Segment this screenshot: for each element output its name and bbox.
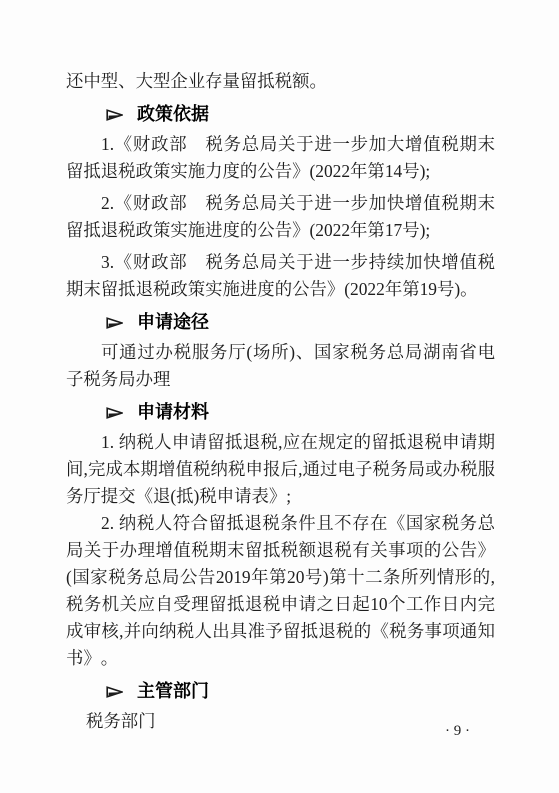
paragraph: 1.《财政部 税务总局关于进一步加大增值税期末留抵退税政策实施力度的公告》(20…	[66, 131, 495, 185]
continuation-paragraph: 还中型、大型企业存量留抵税额。	[66, 68, 495, 95]
paragraph: 税务部门	[66, 708, 495, 735]
section-heading: 主管部门	[66, 678, 495, 705]
paragraph: 2.《财政部 税务总局关于进一步加快增值税期末留抵退税政策实施进度的公告》(20…	[66, 190, 495, 244]
page-content: 还中型、大型企业存量留抵税额。 政策依据 1.《财政部 税务总局关于进一步加大增…	[0, 0, 559, 735]
paragraph: 可通过办税服务厅(场所)、国家税务总局湖南省电子税务局办理	[66, 339, 495, 393]
section-policy-basis: 政策依据 1.《财政部 税务总局关于进一步加大增值税期末留抵退税政策实施力度的公…	[66, 101, 495, 303]
section-application-materials: 申请材料 1. 纳税人申请留抵退税,应在规定的留抵退税申请期间,完成本期增值税纳…	[66, 399, 495, 672]
arrowhead-bullet-icon	[106, 317, 123, 329]
section-heading: 申请途径	[66, 309, 495, 336]
paragraph: 2. 纳税人符合留抵退税条件且不存在《国家税务总局关于办理增值税期末留抵税额退税…	[66, 510, 495, 672]
paragraph: 3.《财政部 税务总局关于进一步持续加快增值税期末留抵退税政策实施进度的公告》(…	[66, 249, 495, 303]
section-heading-label: 申请途径	[137, 309, 209, 336]
document-page: 还中型、大型企业存量留抵税额。 政策依据 1.《财政部 税务总局关于进一步加大增…	[0, 0, 559, 793]
page-number: · 9 ·	[445, 722, 470, 740]
section-heading: 申请材料	[66, 399, 495, 426]
paragraph: 1. 纳税人申请留抵退税,应在规定的留抵退税申请期间,完成本期增值税纳税申报后,…	[66, 429, 495, 510]
section-competent-department: 主管部门 税务部门	[66, 678, 495, 735]
section-heading-label: 申请材料	[137, 399, 209, 426]
section-heading-label: 主管部门	[137, 678, 209, 705]
arrowhead-bullet-icon	[106, 407, 123, 419]
arrowhead-bullet-icon	[106, 686, 123, 698]
section-application-channel: 申请途径 可通过办税服务厅(场所)、国家税务总局湖南省电子税务局办理	[66, 309, 495, 393]
section-heading-label: 政策依据	[137, 101, 209, 128]
section-heading: 政策依据	[66, 101, 495, 128]
arrowhead-bullet-icon	[106, 109, 123, 121]
